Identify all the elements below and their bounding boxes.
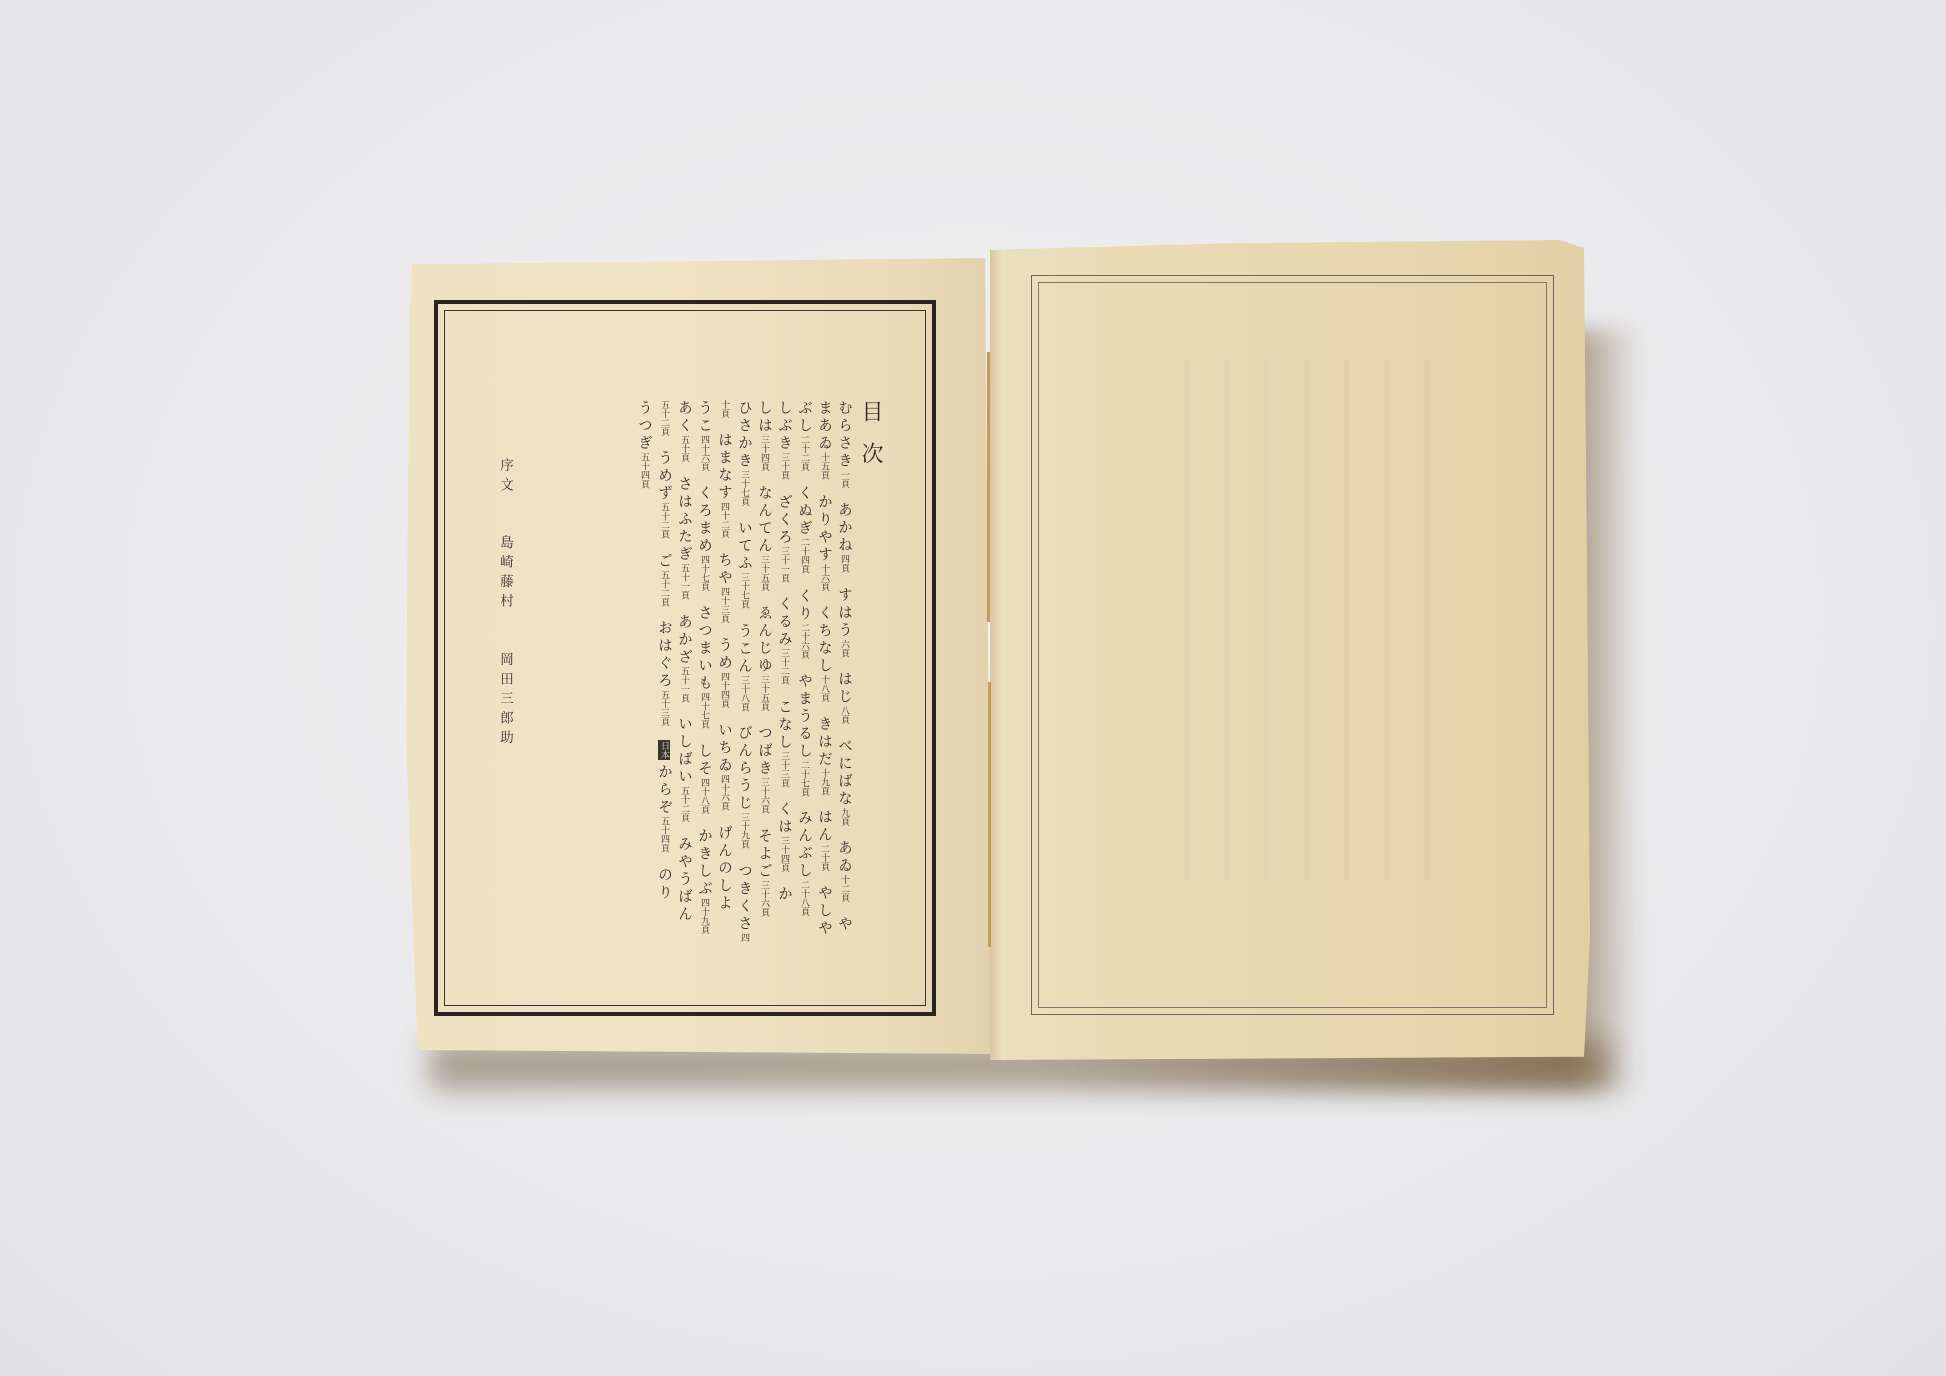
toc-entry: つきくさ四 [736,863,752,942]
toc-entry: くるみ三十二頁 [776,596,792,685]
toc-entry: むらさき一頁 [836,400,852,488]
preface-artist: 岡田三郎助 [495,652,515,750]
binding-thread-top [987,352,990,622]
toc-entry: 日本からぞ五十四頁 [656,740,672,853]
toc-entry: くは三十四頁 [776,801,792,872]
toc-entry-page: 三十五頁 [759,555,769,591]
toc-column: あく五十頁さはふたぎ五十一頁あかざ五十一頁いしばい五十二頁みやうばん [674,400,694,990]
toc-entry-name: すはう [836,587,852,640]
toc-entry: ご五十二頁 [656,553,672,607]
toc-entry-name: べにばな [836,738,852,808]
toc-entry: しは三十四頁 [756,400,772,471]
toc-entry-name: くるみ [776,596,792,649]
toc-entry-name: いちゐ [716,722,732,775]
toc-column: しぶき三十頁ざくろ三十一頁くるみ三十二頁こなし三十三頁くは三十四頁か [774,400,794,990]
toc-entry-name: うこ [696,400,712,435]
toc-entry-name: からぞ [656,764,672,817]
toc-entry-page: 三十五頁 [759,675,769,711]
preface-label: 序文 [495,458,515,497]
toc-entry: なんてん三十五頁 [756,485,772,591]
toc-entry-name: あく [676,400,692,435]
book-spine [990,250,1004,1060]
toc-entry-page: 九頁 [839,808,849,826]
toc-entry-page: 三十頁 [779,453,789,480]
toc-entry-page: 三十六頁 [759,880,769,916]
toc-entry-name: そよご [756,828,772,881]
toc-column: しは三十四頁なんてん三十五頁ゑんじゆ三十五頁つばき三十六頁そよご三十六頁 [754,400,774,990]
toc-entry-page: 四十七頁 [699,555,709,591]
toc-entry: やしや [816,885,832,938]
toc-entry-name: ぶし [796,400,812,435]
toc-entry-name: まあゐ [816,400,832,453]
toc-entry-page: 十九頁 [819,768,829,795]
toc-entry-name: やしや [816,885,832,938]
toc-entry-page: 二十二頁 [799,435,809,471]
preface-credits: 序文 島崎藤村 岡田三郎助 [495,458,515,878]
toc-entry: やまうるし二十七頁 [796,673,812,797]
toc-entry-name: ちや [716,552,732,587]
toc-entry-page: 四十三頁 [719,587,729,623]
toc-title: 目次 [860,400,880,990]
toc-column: むらさき一頁あかね四頁すはう六頁はじ八頁べにばな九頁あゐ十二頁や [834,400,854,990]
toc-entry-name: くろまめ [696,485,712,555]
toc-entry: そよご三十六頁 [756,828,772,917]
toc-entry-page: 三十一頁 [779,546,789,582]
toc-entry: こなし三十三頁 [776,699,792,788]
toc-entry: いてふ三十七頁 [736,520,752,609]
toc-entry: あかざ五十一頁 [676,614,692,703]
toc-entry: みんぶし二十八頁 [796,810,812,916]
toc-entry-name: むらさき [836,400,852,470]
toc-entry-name: きはだ [816,716,832,769]
toc-entry-page: 十五頁 [819,453,829,480]
toc-entry: か [776,886,792,904]
toc-entry-name: うめ [716,637,732,672]
toc-entry-page: 三十二頁 [779,649,789,685]
toc-entry-name: おはぐろ [656,620,672,690]
toc-entry-page: 三十六頁 [759,778,769,814]
toc-entry-name: あかざ [676,614,692,667]
toc-entry-name: ご [656,553,672,571]
toc-entry: あゐ十二頁 [836,840,852,902]
toc-entry: きはだ十九頁 [816,716,832,796]
toc-entry-name: はまなす [716,432,732,502]
toc-entry-name: かきしぶ [696,828,712,898]
toc-entry: げんのしよ [716,825,732,913]
toc-entry-name: あかね [836,502,852,555]
toc-entry: ゑんじゆ三十五頁 [756,605,772,711]
toc-entry-page: 十二頁 [839,875,849,902]
toc-entry: まあゐ十五頁 [816,400,832,480]
toc-entry-page: 四十六頁 [699,435,709,471]
show-through-text [1150,360,1430,880]
toc-entry-name: こなし [776,699,792,752]
toc-entry: ひさかき三十七頁 [736,400,752,506]
toc-entry: いちゐ四十六頁 [716,722,732,811]
toc-entry-name: しは [756,400,772,435]
toc-entry-name: なんてん [756,485,772,555]
toc-entry-name: くぬぎ [796,485,812,538]
toc-entry-page: 三十七頁 [739,470,749,506]
preface-author: 島崎藤村 [495,535,515,613]
toc-entry-page: 四 [739,933,749,942]
toc-entry-page: 四十九頁 [699,898,709,934]
toc-column: 五十二頁うめず五十二頁ご五十二頁おはぐろ五十三頁日本からぞ五十四頁のり [654,400,674,990]
toc-entry: つばき三十六頁 [756,725,772,814]
toc-entry: くり二十六頁 [796,588,812,659]
toc-entry-name: か [776,886,792,904]
toc-entry-page: 五十一頁 [679,564,689,600]
toc-entry: みやうばん [676,836,692,924]
toc-entry: びんらうじ三十九頁 [736,725,752,849]
toc-entry-name: はん [816,809,832,844]
seal-stamp: 日本 [658,740,670,760]
binding-thread-bottom [988,682,991,947]
toc-entry-page: 五十四頁 [639,453,649,489]
toc-entry: かりやす十六頁 [816,494,832,591]
toc-entry-page: 三十四頁 [779,836,789,872]
toc-column: まあゐ十五頁かりやす十六頁くちなし十八頁きはだ十九頁はん二十頁やしや [814,400,834,990]
toc-entry-page: 三十四頁 [759,435,769,471]
toc-entry: はまなす四十二頁 [716,432,732,538]
toc-entry: くろまめ四十七頁 [696,485,712,591]
toc-entry-name: やまうるし [796,673,812,761]
toc-entry-name: ひさかき [736,400,752,470]
toc-entry-name: のり [656,867,672,902]
toc-entry: さはふたぎ五十一頁 [676,476,692,600]
toc-entry: うめず五十二頁 [656,450,672,539]
toc-entry: 五十二頁 [656,400,672,436]
toc-entry-name: げんのしよ [716,825,732,913]
toc-entry-name: さつまいも [696,605,712,693]
toc-entry: いしばい五十二頁 [676,716,692,822]
toc-entry-name: しそ [696,743,712,778]
toc-entry-page: 二十六頁 [799,623,809,659]
toc-entry-page: 三十八頁 [739,675,749,711]
toc-entry-name: はじ [836,671,852,706]
toc-entry-page: 三十九頁 [739,813,749,849]
toc-entry-page: 二十七頁 [799,760,809,796]
toc-entry-page: 五十二頁 [679,786,689,822]
toc-entry-page: 五十一頁 [679,666,689,702]
toc-entry-name: みやうばん [676,836,692,924]
toc-entry-page: 三十七頁 [739,573,749,609]
toc-entry-name: つばき [756,725,772,778]
toc-entry-page: 二十八頁 [799,880,809,916]
toc-entry-page: 十六頁 [819,564,829,591]
toc-entry: あかね四頁 [836,502,852,573]
toc-column: うこ四十六頁くろまめ四十七頁さつまいも四十七頁しそ四十八頁かきしぶ四十九頁 [694,400,714,990]
toc-column: 十頁はまなす四十二頁ちや四十三頁うめ四十四頁いちゐ四十六頁げんのしよ [714,400,734,990]
toc-entry: おはぐろ五十三頁 [656,620,672,726]
toc-entry-page: 四十七頁 [699,693,709,729]
toc-entry: べにばな九頁 [836,738,852,826]
toc-entry-name: あゐ [836,840,852,875]
toc-entry-page: 六頁 [839,639,849,657]
toc-column: ひさかき三十七頁いてふ三十七頁うこん三十八頁びんらうじ三十九頁つきくさ四 [734,400,754,990]
toc-entry-page: 四頁 [839,555,849,573]
toc-entry: 十頁 [716,400,732,418]
toc-entry-page: 一頁 [839,470,849,488]
toc-entry: うこ四十六頁 [696,400,712,471]
toc-entry: かきしぶ四十九頁 [696,828,712,934]
toc-entry: すはう六頁 [836,587,852,658]
toc-entry-name: くり [796,588,812,623]
toc-entry-name: さはふたぎ [676,476,692,564]
toc-entry-page: 四十二頁 [719,502,729,538]
toc-entry: ざくろ三十一頁 [776,494,792,583]
toc-entry: しそ四十八頁 [696,743,712,814]
toc-entry: はじ八頁 [836,671,852,724]
toc-entry: はん二十頁 [816,809,832,871]
toc-entry-name: いしばい [676,716,692,786]
toc-entry-page: 五十二頁 [659,400,669,436]
toc-entry-page: 五十二頁 [659,503,669,539]
toc-entry-page: 三十三頁 [779,751,789,787]
toc-entry-name: うつぎ [636,400,652,453]
toc-entry-name: ざくろ [776,494,792,547]
toc-entry-page: 五十三頁 [659,690,669,726]
toc-entry: ぶし二十二頁 [796,400,812,471]
toc-entry-name: ゑんじゆ [756,605,772,675]
toc-entry-name: いてふ [736,520,752,573]
toc-entry: ちや四十三頁 [716,552,732,623]
toc-entry-page: 四十六頁 [719,775,729,811]
toc-entry: あく五十頁 [676,400,692,462]
toc-entry-name: みんぶし [796,810,812,880]
toc-entry: くちなし十八頁 [816,605,832,702]
toc-entry-page: 二十四頁 [799,538,809,574]
toc-entry-name: うこん [736,623,752,676]
toc-entry-page: 八頁 [839,706,849,724]
toc-entry: のり [656,867,672,902]
toc-entry: しぶき三十頁 [776,400,792,480]
toc-entry: うつぎ五十四頁 [636,400,652,489]
toc-entry: や [836,916,852,934]
toc-entry-page: 四十八頁 [699,778,709,814]
toc-entry-name: つきくさ [736,863,752,933]
toc-entry-name: くは [776,801,792,836]
toc-entry-page: 四十四頁 [719,672,729,708]
toc-entry: うこん三十八頁 [736,623,752,712]
toc-entry-page: 二十頁 [819,844,829,871]
toc-column: ぶし二十二頁くぬぎ二十四頁くり二十六頁やまうるし二十七頁みんぶし二十八頁 [794,400,814,990]
toc-entry-page: 十頁 [719,400,729,418]
toc-entry-page: 五十頁 [679,435,689,462]
toc-entry-name: や [836,916,852,934]
toc-entry-name: びんらうじ [736,725,752,813]
toc-entry: さつまいも四十七頁 [696,605,712,729]
toc-entry-name: くちなし [816,605,832,675]
toc-entry-name: しぶき [776,400,792,453]
toc-entry-page: 十八頁 [819,675,829,702]
table-of-contents: 目次 むらさき一頁あかね四頁すはう六頁はじ八頁べにばな九頁あゐ十二頁やまあゐ十五… [560,400,880,990]
toc-entry-page: 五十四頁 [659,817,669,853]
toc-entry-name: うめず [656,450,672,503]
toc-entry: うめ四十四頁 [716,637,732,708]
toc-entry-name: かりやす [816,494,832,564]
toc-entry: くぬぎ二十四頁 [796,485,812,574]
toc-entry-page: 五十二頁 [659,570,669,606]
toc-column: うつぎ五十四頁 [634,400,654,990]
